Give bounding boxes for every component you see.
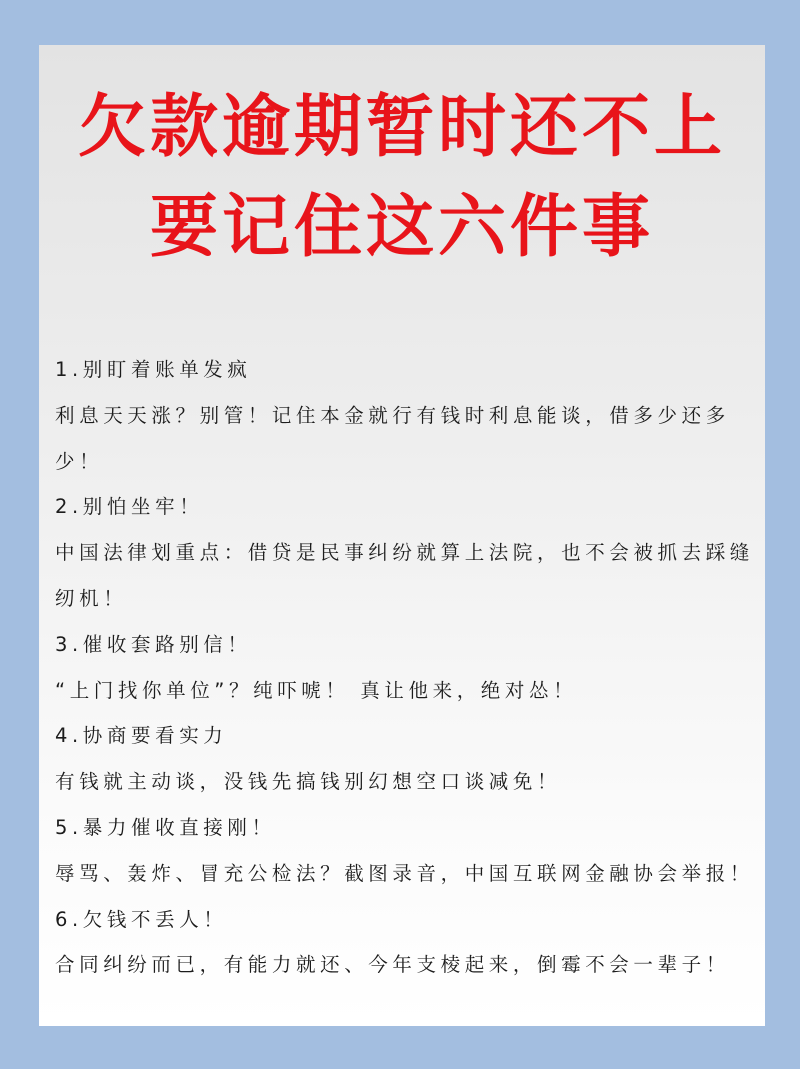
tip-1-heading: 1.别盯着账单发疯 <box>55 347 755 393</box>
tip-6-heading: 6.欠钱不丢人！ <box>55 897 755 943</box>
tip-1-body-cont: 少！ <box>55 439 755 485</box>
tip-4-heading: 4.协商要看实力 <box>55 713 755 759</box>
tip-1-body: 利息天天涨？别管！记住本金就行有钱时利息能谈，借多少还多 <box>55 393 755 439</box>
tips-list: 1.别盯着账单发疯 利息天天涨？别管！记住本金就行有钱时利息能谈，借多少还多 少… <box>55 347 755 988</box>
tip-3-heading: 3.催收套路别信！ <box>55 622 755 668</box>
poster-card: 欠款逾期暂时还不上 要记住这六件事 1.别盯着账单发疯 利息天天涨？别管！记住本… <box>39 45 765 1026</box>
title-line-1: 欠款逾期暂时还不上 <box>39 77 765 177</box>
tip-5-heading: 5.暴力催收直接刚！ <box>55 805 755 851</box>
tip-2-heading: 2.别怕坐牢！ <box>55 484 755 530</box>
title-line-2: 要记住这六件事 <box>39 177 765 277</box>
tip-2-body-cont: 纫机！ <box>55 576 755 622</box>
tip-2-body: 中国法律划重点：借贷是民事纠纷就算上法院，也不会被抓去踩缝 <box>55 530 755 576</box>
tip-6-body: 合同纠纷而已，有能力就还、今年支棱起来，倒霉不会一辈子！ <box>55 942 755 988</box>
tip-3-body: “上门找你单位”？纯吓唬！ 真让他来，绝对怂！ <box>55 668 755 714</box>
tip-4-body: 有钱就主动谈，没钱先搞钱别幻想空口谈减免！ <box>55 759 755 805</box>
tip-5-body: 辱骂、轰炸、冒充公检法？截图录音，中国互联网金融协会举报！ <box>55 851 755 897</box>
